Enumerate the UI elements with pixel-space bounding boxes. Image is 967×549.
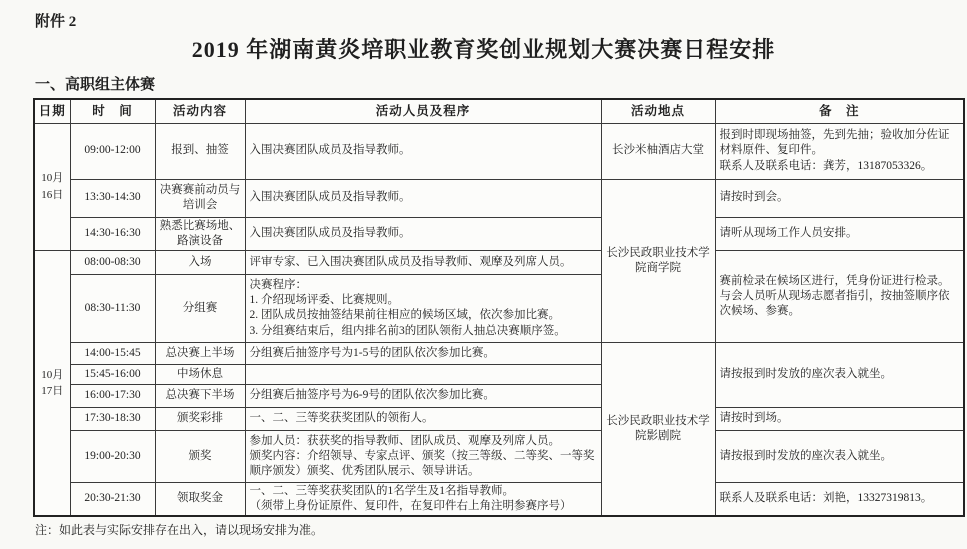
- table-row: 13:30-14:30 决赛赛前动员与培训会 入围决赛团队成员及指导教师。 长沙…: [34, 179, 964, 217]
- personnel-cell: 参加人员：获获奖的指导教师、团队成员、观摩及列席人员。 颁奖内容：介绍领导、专家…: [245, 430, 601, 482]
- remark-cell: 请按时到场。: [715, 407, 964, 430]
- table-row: 14:00-15:45 总决赛上半场 分组赛后抽签序号为1-5号的团队依次参加比…: [34, 342, 964, 364]
- schedule-table: 日期 时 间 活动内容 活动人员及程序 活动地点 备 注 10月16日 09:0…: [33, 98, 965, 517]
- attachment-label: 附件 2: [35, 10, 934, 31]
- table-row: 14:30-16:30 熟悉比赛场地、路演设备 入围决赛团队成员及指导教师。 请…: [34, 217, 964, 250]
- activity-cell: 总决赛下半场: [155, 384, 245, 407]
- time-cell: 14:30-16:30: [70, 217, 155, 250]
- document-page: 附件 2 2019 年湖南黄炎培职业教育奖创业规划大赛决赛日程安排 一、高职组主…: [0, 0, 967, 538]
- activity-cell: 入场: [155, 250, 245, 274]
- col-header-remarks: 备 注: [715, 99, 964, 123]
- date-cell-oct16: 10月16日: [34, 123, 70, 250]
- col-header-location: 活动地点: [601, 99, 715, 123]
- date-cell-oct17: 10月17日: [34, 250, 70, 516]
- activity-cell: 熟悉比赛场地、路演设备: [155, 217, 245, 250]
- personnel-cell: 分组赛后抽签序号为6-9号的团队依次参加比赛。: [245, 384, 601, 407]
- time-cell: 17:30-18:30: [70, 407, 155, 430]
- time-cell: 16:00-17:30: [70, 384, 155, 407]
- col-header-personnel: 活动人员及程序: [245, 99, 601, 123]
- activity-cell: 中场休息: [155, 364, 245, 384]
- remark-cell: 请按报到时发放的座次表入就坐。: [715, 430, 964, 482]
- time-cell: 20:30-21:30: [70, 482, 155, 516]
- location-cell-hotel: 长沙米柚酒店大堂: [601, 123, 715, 179]
- location-cell-business-school: 长沙民政职业技术学院商学院: [601, 179, 715, 342]
- col-header-date: 日期: [34, 99, 70, 123]
- activity-cell: 颁奖: [155, 430, 245, 482]
- location-cell-theater: 长沙民政职业技术学院影剧院: [601, 342, 715, 516]
- section-heading: 一、高职组主体赛: [35, 73, 934, 94]
- personnel-cell: 入围决赛团队成员及指导教师。: [245, 123, 601, 179]
- table-row: 10月16日 09:00-12:00 报到、抽签 入围决赛团队成员及指导教师。 …: [34, 123, 964, 179]
- remark-cell: 请按时到会。: [715, 179, 964, 217]
- table-row: 10月17日 08:00-08:30 入场 评审专家、已入围决赛团队成员及指导教…: [34, 250, 964, 274]
- activity-cell: 领取奖金: [155, 482, 245, 516]
- activity-cell: 颁奖彩排: [155, 407, 245, 430]
- personnel-cell: 入围决赛团队成员及指导教师。: [245, 217, 601, 250]
- personnel-cell: 一、二、三等奖获奖团队的1名学生及1名指导教师。 （须带上身份证原件、复印件，在…: [245, 482, 601, 516]
- time-cell: 09:00-12:00: [70, 123, 155, 179]
- personnel-cell: 分组赛后抽签序号为1-5号的团队依次参加比赛。: [245, 342, 601, 364]
- footnote: 注：如此表与实际安排存在出入，请以现场安排为准。: [35, 521, 934, 538]
- table-row: 20:30-21:30 领取奖金 一、二、三等奖获奖团队的1名学生及1名指导教师…: [34, 482, 964, 516]
- header-row: 日期 时 间 活动内容 活动人员及程序 活动地点 备 注: [34, 99, 964, 123]
- activity-cell: 分组赛: [155, 274, 245, 342]
- time-cell: 15:45-16:00: [70, 364, 155, 384]
- personnel-cell: 入围决赛团队成员及指导教师。: [245, 179, 601, 217]
- personnel-cell: [245, 364, 601, 384]
- remark-cell: 报到时即现场抽签，先到先抽；验收加分佐证材料原件、复印件。 联系人及联系电话：龚…: [715, 123, 964, 179]
- remark-cell: 赛前检录在候场区进行，凭身份证进行检录。与会人员听从现场志愿者指引，按抽签顺序依…: [715, 250, 964, 342]
- col-header-time: 时 间: [70, 99, 155, 123]
- document-title: 2019 年湖南黄炎培职业教育奖创业规划大赛决赛日程安排: [33, 33, 934, 64]
- remark-cell: 联系人及联系电话：刘艳，13327319813。: [715, 482, 964, 516]
- time-cell: 08:30-11:30: [70, 274, 155, 342]
- table-row: 17:30-18:30 颁奖彩排 一、二、三等奖获奖团队的领衔人。 请按时到场。: [34, 407, 964, 430]
- activity-cell: 总决赛上半场: [155, 342, 245, 364]
- time-cell: 19:00-20:30: [70, 430, 155, 482]
- personnel-cell: 一、二、三等奖获奖团队的领衔人。: [245, 407, 601, 430]
- table-row: 19:00-20:30 颁奖 参加人员：获获奖的指导教师、团队成员、观摩及列席人…: [34, 430, 964, 482]
- time-cell: 13:30-14:30: [70, 179, 155, 217]
- activity-cell: 报到、抽签: [155, 123, 245, 179]
- personnel-cell: 决赛程序： 1. 介绍现场评委、比赛规则。 2. 团队成员按抽签结果前往相应的候…: [245, 274, 601, 342]
- col-header-activity: 活动内容: [155, 99, 245, 123]
- time-cell: 08:00-08:30: [70, 250, 155, 274]
- remark-cell: 请听从现场工作人员安排。: [715, 217, 964, 250]
- remark-cell: 请按报到时发放的座次表入就坐。: [715, 342, 964, 407]
- personnel-cell: 评审专家、已入围决赛团队成员及指导教师、观摩及列席人员。: [245, 250, 601, 274]
- time-cell: 14:00-15:45: [70, 342, 155, 364]
- activity-cell: 决赛赛前动员与培训会: [155, 179, 245, 217]
